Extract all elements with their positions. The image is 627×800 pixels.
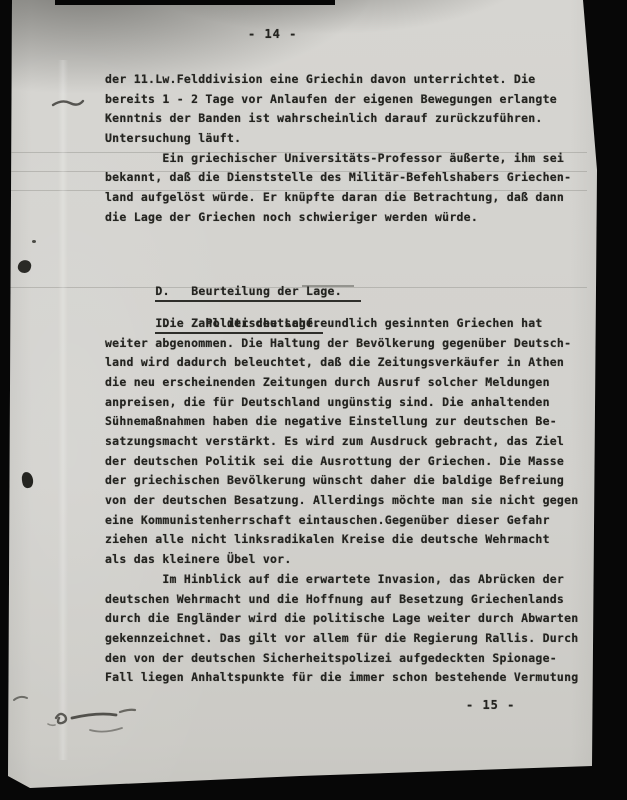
text-line: den von der deutschen Sicherheitspolizei… [105,649,585,669]
text-line: der griechischen Bevölkerung wünscht dah… [105,471,585,491]
text-line: ziehen alle nicht linksradikalen Kreise … [105,530,585,550]
ink-speck [32,240,36,243]
text-line: als das kleinere Übel vor. [105,550,585,570]
text-line: der deutschen Politik sei die Ausrottung… [105,452,585,472]
film-edge-strip [55,0,335,5]
text-line: weiter abgenommen. Die Haltung der Bevöl… [105,334,585,354]
ink-blob [21,471,34,488]
scanned-document: - 14 - der 11.Lw.Felddivision eine Griec… [0,0,627,800]
text-line: bekannt, daß die Dienststelle des Militä… [105,168,585,188]
text-line: Untersuchung läuft. [105,129,585,149]
text-line: Kenntnis der Banden ist wahrscheinlich d… [105,109,585,129]
text-line: deutschen Wehrmacht und die Hoffnung auf… [105,590,585,610]
text-line: durch die Engländer wird die politische … [105,609,585,629]
text-line: Die Zahl der deutschfreundlich gesinnten… [105,314,585,334]
text-line: Fall liegen Anhaltspunkte für die immer … [105,668,585,688]
text-line: der 11.Lw.Felddivision eine Griechin dav… [105,70,585,90]
heading-d-label: D. Beurteilung der Lage. [155,284,361,302]
vertical-gap [105,228,585,263]
text-line: eine Kommunistenherrschaft eintauschen.G… [105,511,585,531]
text-line: von der deutschen Besatzung. Allerdings … [105,491,585,511]
page-number-bottom: - 15 - [466,698,515,712]
heading-d: D. Beurteilung der Lage. [98,263,585,283]
text-line: land wird dadurch beleuchtet, daß die Ze… [105,353,585,373]
document-page: - 14 - der 11.Lw.Felddivision eine Griec… [0,0,627,800]
margin-pencil-mark [50,96,86,110]
page-number-top: - 14 - [248,27,297,41]
paper-crease [58,60,68,760]
text-line: satzungsmacht verstärkt. Es wird zum Aus… [105,432,585,452]
text-line: bereits 1 - 2 Tage vor Anlaufen der eige… [105,90,585,110]
text-line: anpreisen, die für Deutschland ungünstig… [105,393,585,413]
ink-blob [17,259,33,275]
text-line: land aufgelöst würde. Er knüpfte daran d… [105,188,585,208]
text-line: die Lage der Griechen noch schwieriger w… [105,208,585,228]
pencil-smudge [8,688,198,758]
text-line: die neu erscheinenden Zeitungen durch Au… [105,373,585,393]
text-line: gekennzeichnet. Das gilt vor allem für d… [105,629,585,649]
text-line: Ein griechischer Universitäts-Professor … [105,149,585,169]
text-line: Im Hinblick auf die erwartete Invasion, … [105,570,585,590]
document-text: der 11.Lw.Felddivision eine Griechin dav… [105,70,585,688]
text-line: Sühnemaßnahmen haben die negative Einste… [105,412,585,432]
